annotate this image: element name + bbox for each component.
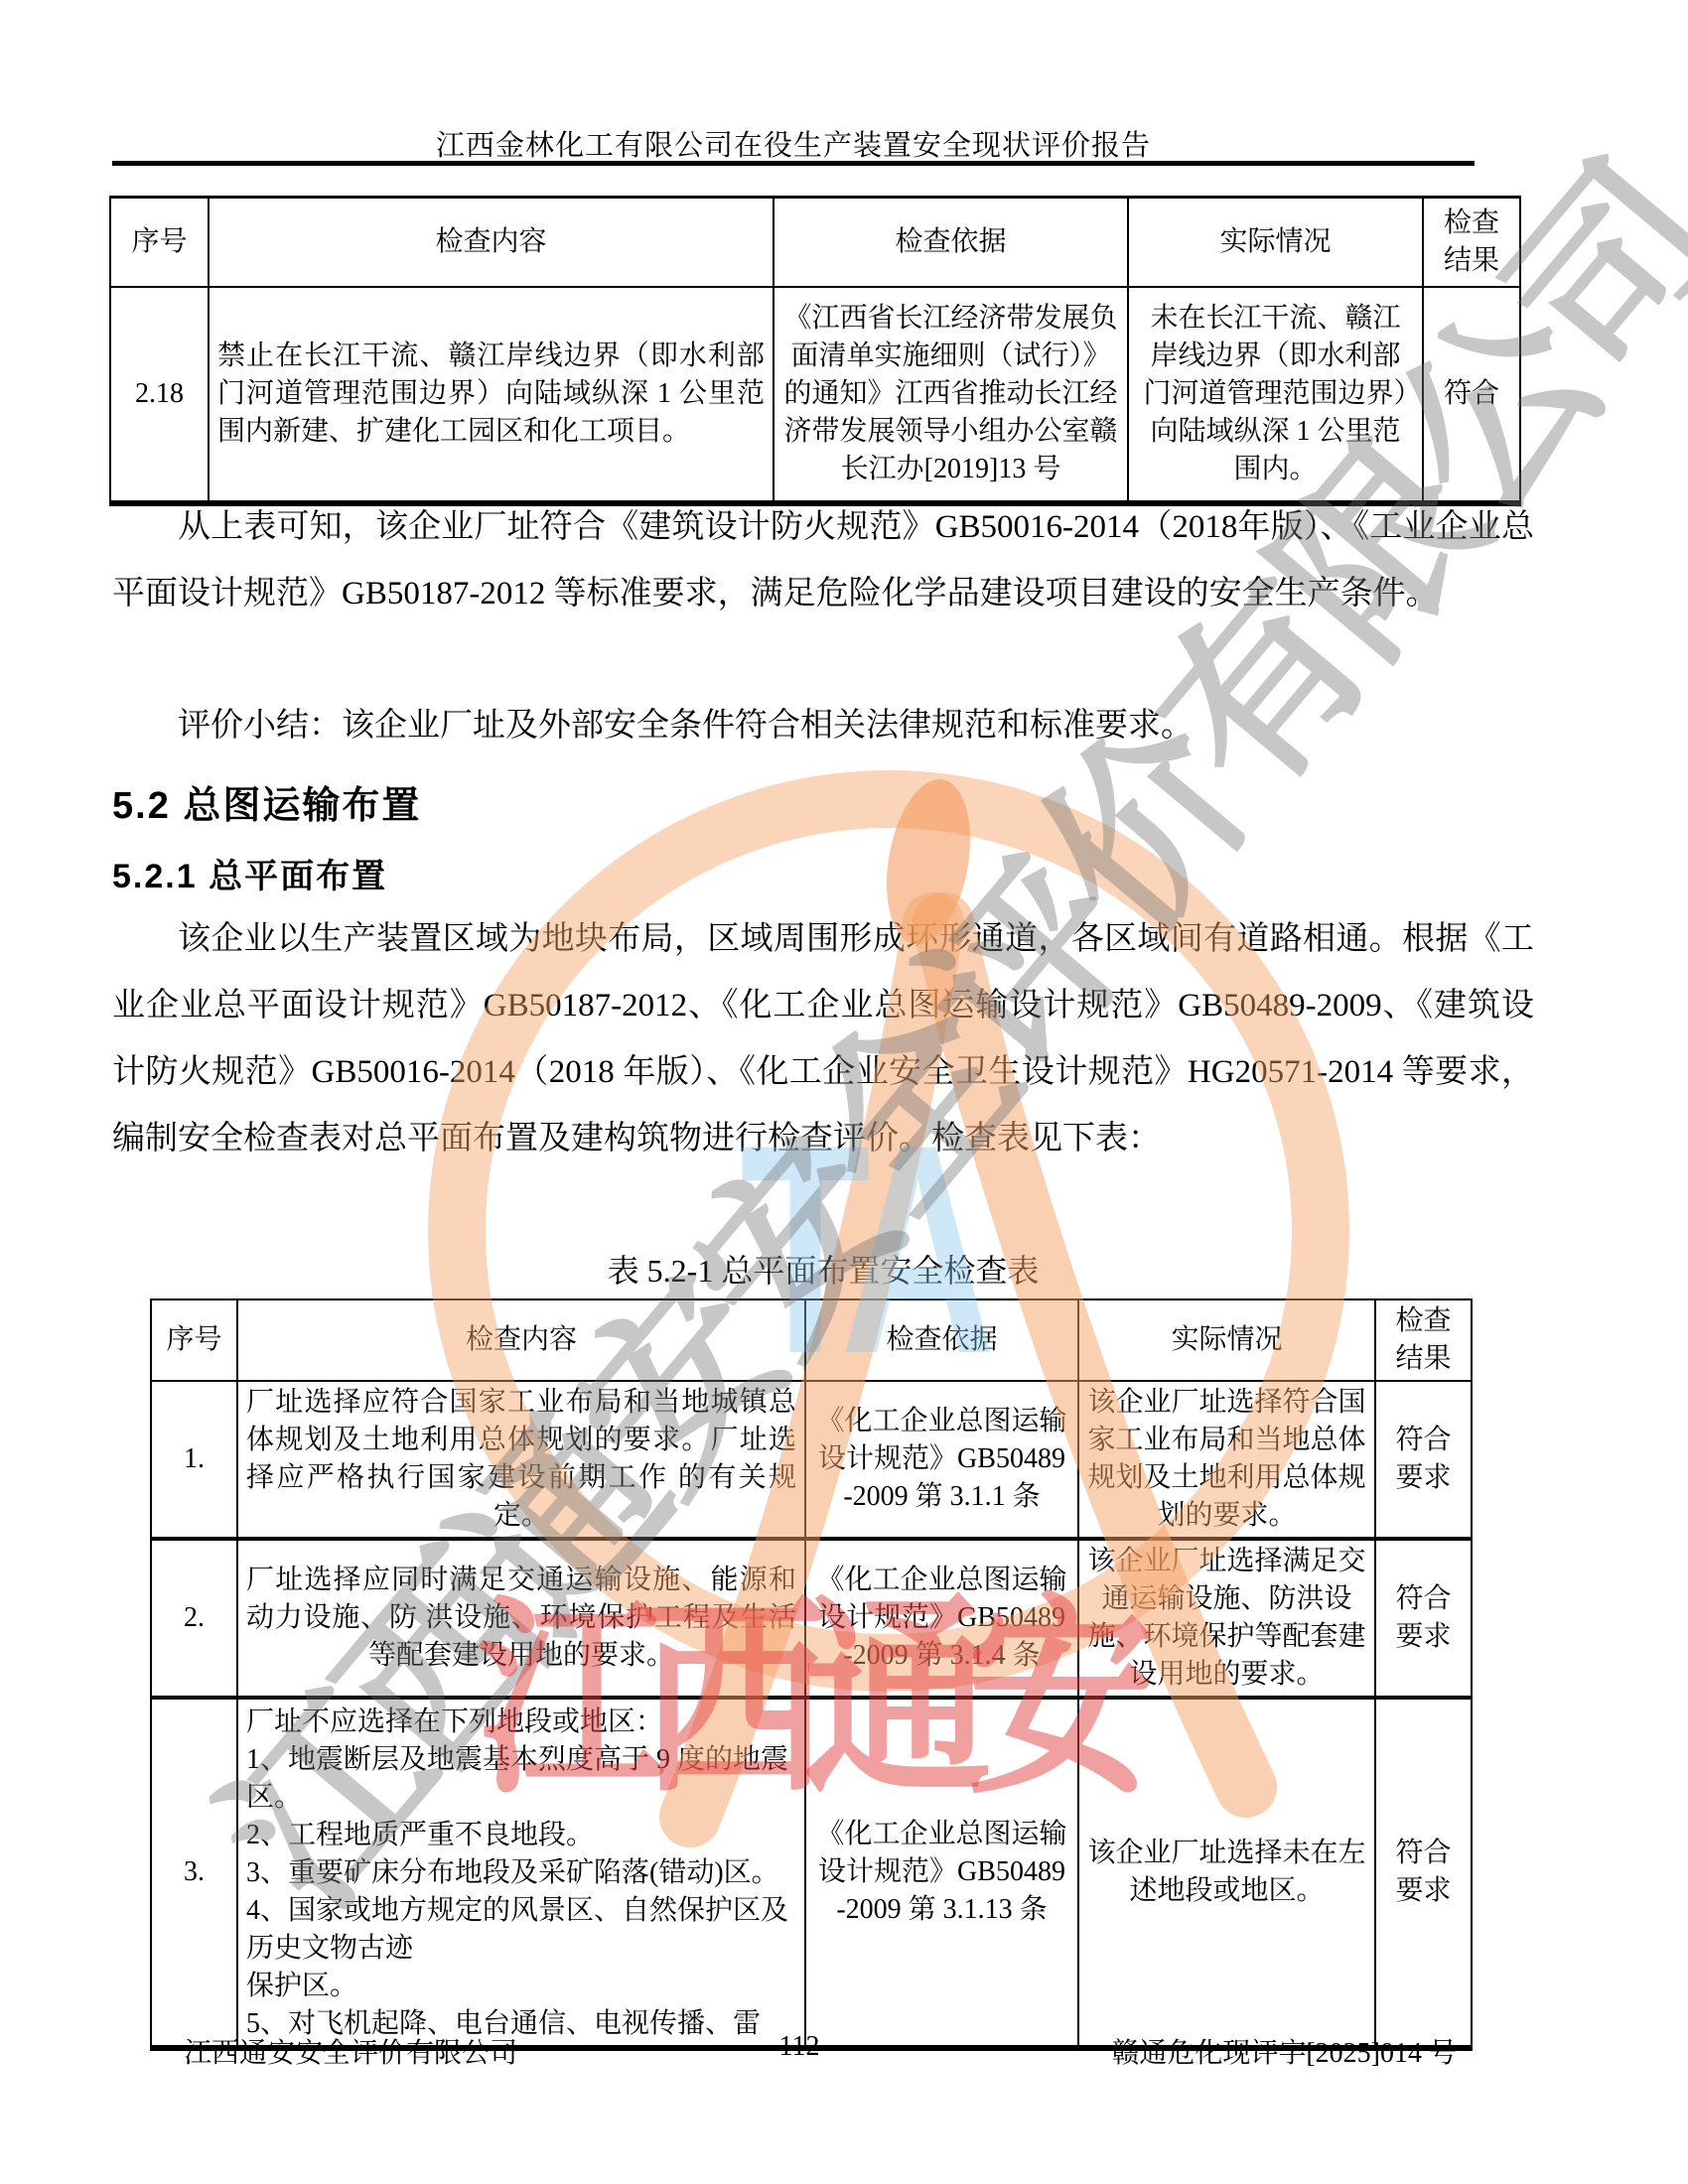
section-heading-5-2-1: 5.2.1 总平面布置 xyxy=(112,849,387,897)
paragraph-summary: 评价小结：该企业厂址及外部安全条件符合相关法律规范和标准要求。 xyxy=(112,693,1534,759)
page-header-title: 江西金林化工有限公司在役生产装置安全现状评价报告 xyxy=(112,123,1475,164)
cell-content: 厂址选择应符合国家工业布局和当地城镇总体规划及土地利用总体规划的要求。厂址选择应… xyxy=(237,1381,805,1539)
footer-doc-number: 赣通危化现评字[2025]014 号 xyxy=(1111,2031,1457,2071)
footer-company: 江西通安安全评价有限公司 xyxy=(184,2031,517,2071)
cell-actual: 该企业厂址选择满足交通运输设施、防洪设施、环境保护等配套建设用地的要求。 xyxy=(1078,1539,1375,1698)
col-header-content: 检查内容 xyxy=(237,1299,805,1381)
page-footer: 江西通安安全评价有限公司 112 赣通危化现评字[2025]014 号 xyxy=(112,2031,1486,2073)
cell-result: 符合要求 xyxy=(1375,1539,1472,1698)
section-heading-5-2: 5.2 总图运输布置 xyxy=(112,774,421,829)
cell-result: 符合要求 xyxy=(1375,1698,1472,2048)
cell-basis: 《化工企业总图运输设计规范》GB50489-2009 第 3.1.4 条 xyxy=(805,1539,1078,1698)
table-header-row: 序号 检查内容 检查依据 实际情况 检查结果 xyxy=(151,1299,1472,1381)
col-header-content: 检查内容 xyxy=(209,198,774,287)
cell-result: 符合 xyxy=(1423,287,1520,503)
table-row: 2. 厂址选择应同时满足交通运输设施、能源和动力设施、防 洪设施、环境保护工程及… xyxy=(151,1539,1472,1698)
cell-actual: 该企业厂址选择符合国家工业布局和当地总体规划及土地利用总体规划的要求。 xyxy=(1078,1381,1375,1539)
col-header-actual: 实际情况 xyxy=(1078,1299,1375,1381)
cell-no: 2. xyxy=(151,1539,237,1698)
cell-basis: 《化工企业总图运输设计规范》GB50489-2009 第 3.1.1 条 xyxy=(805,1381,1078,1539)
col-header-basis: 检查依据 xyxy=(774,198,1128,287)
cell-actual: 未在长江干流、赣江岸线边界（即水利部门河道管理范围边界）向陆域纵深 1 公里范围… xyxy=(1128,287,1423,503)
report-page: 江西金林化工有限公司在役生产装置安全现状评价报告 序号 检查内容 检查依据 实际… xyxy=(0,0,1688,2184)
col-header-no: 序号 xyxy=(110,198,209,287)
cell-no: 1. xyxy=(151,1381,237,1539)
cell-actual: 该企业厂址选择未在左述地段或地区。 xyxy=(1078,1698,1375,2048)
cell-no: 3. xyxy=(151,1698,237,2048)
page-content: 江西金林化工有限公司在役生产装置安全现状评价报告 序号 检查内容 检查依据 实际… xyxy=(0,0,1688,2184)
paragraph-conclusion: 从上表可知，该企业厂址符合《建筑设计防火规范》GB50016-2014（2018… xyxy=(112,494,1534,627)
table-header-row: 序号 检查内容 检查依据 实际情况 检查结果 xyxy=(110,198,1520,287)
cell-content: 厂址不应选择在下列地段或地区： 1、地震断层及地震基本烈度高于 9 度的地震区。… xyxy=(237,1698,805,2048)
header-rule xyxy=(112,161,1475,166)
col-header-actual: 实际情况 xyxy=(1128,198,1423,287)
cell-no: 2.18 xyxy=(110,287,209,503)
col-header-result: 检查结果 xyxy=(1423,198,1520,287)
cell-content: 厂址选择应同时满足交通运输设施、能源和动力设施、防 洪设施、环境保护工程及生活等… xyxy=(237,1539,805,1698)
cell-basis: 《江西省长江经济带发展负面清单实施细则（试行）》的通知》江西省推动长江经济带发展… xyxy=(774,287,1128,503)
footer-page-number: 112 xyxy=(779,2031,820,2063)
table-row: 2.18 禁止在长江干流、赣江岸线边界（即水利部门河道管理范围边界）向陆域纵深 … xyxy=(110,287,1520,503)
cell-result: 符合要求 xyxy=(1375,1381,1472,1539)
cell-basis: 《化工企业总图运输设计规范》GB50489-2009 第 3.1.13 条 xyxy=(805,1698,1078,2048)
cell-content: 禁止在长江干流、赣江岸线边界（即水利部门河道管理范围边界）向陆域纵深 1 公里范… xyxy=(209,287,774,503)
paragraph-layout-intro: 该企业以生产装置区域为地块布局，区域周围形成环形通道，各区域间有道路相通。根据《… xyxy=(112,906,1534,1172)
table-row: 3. 厂址不应选择在下列地段或地区： 1、地震断层及地震基本烈度高于 9 度的地… xyxy=(151,1698,1472,2048)
layout-check-table: 序号 检查内容 检查依据 实际情况 检查结果 1. 厂址选择应符合国家工业布局和… xyxy=(150,1298,1473,2051)
col-header-result: 检查结果 xyxy=(1375,1299,1472,1381)
col-header-basis: 检查依据 xyxy=(805,1299,1078,1381)
table-row: 1. 厂址选择应符合国家工业布局和当地城镇总体规划及土地利用总体规划的要求。厂址… xyxy=(151,1381,1472,1539)
col-header-no: 序号 xyxy=(151,1299,237,1381)
table-caption: 表 5.2-1 总平面布置安全检查表 xyxy=(112,1246,1534,1292)
site-check-table: 序号 检查内容 检查依据 实际情况 检查结果 2.18 禁止在长江干流、赣江岸线… xyxy=(109,196,1521,506)
